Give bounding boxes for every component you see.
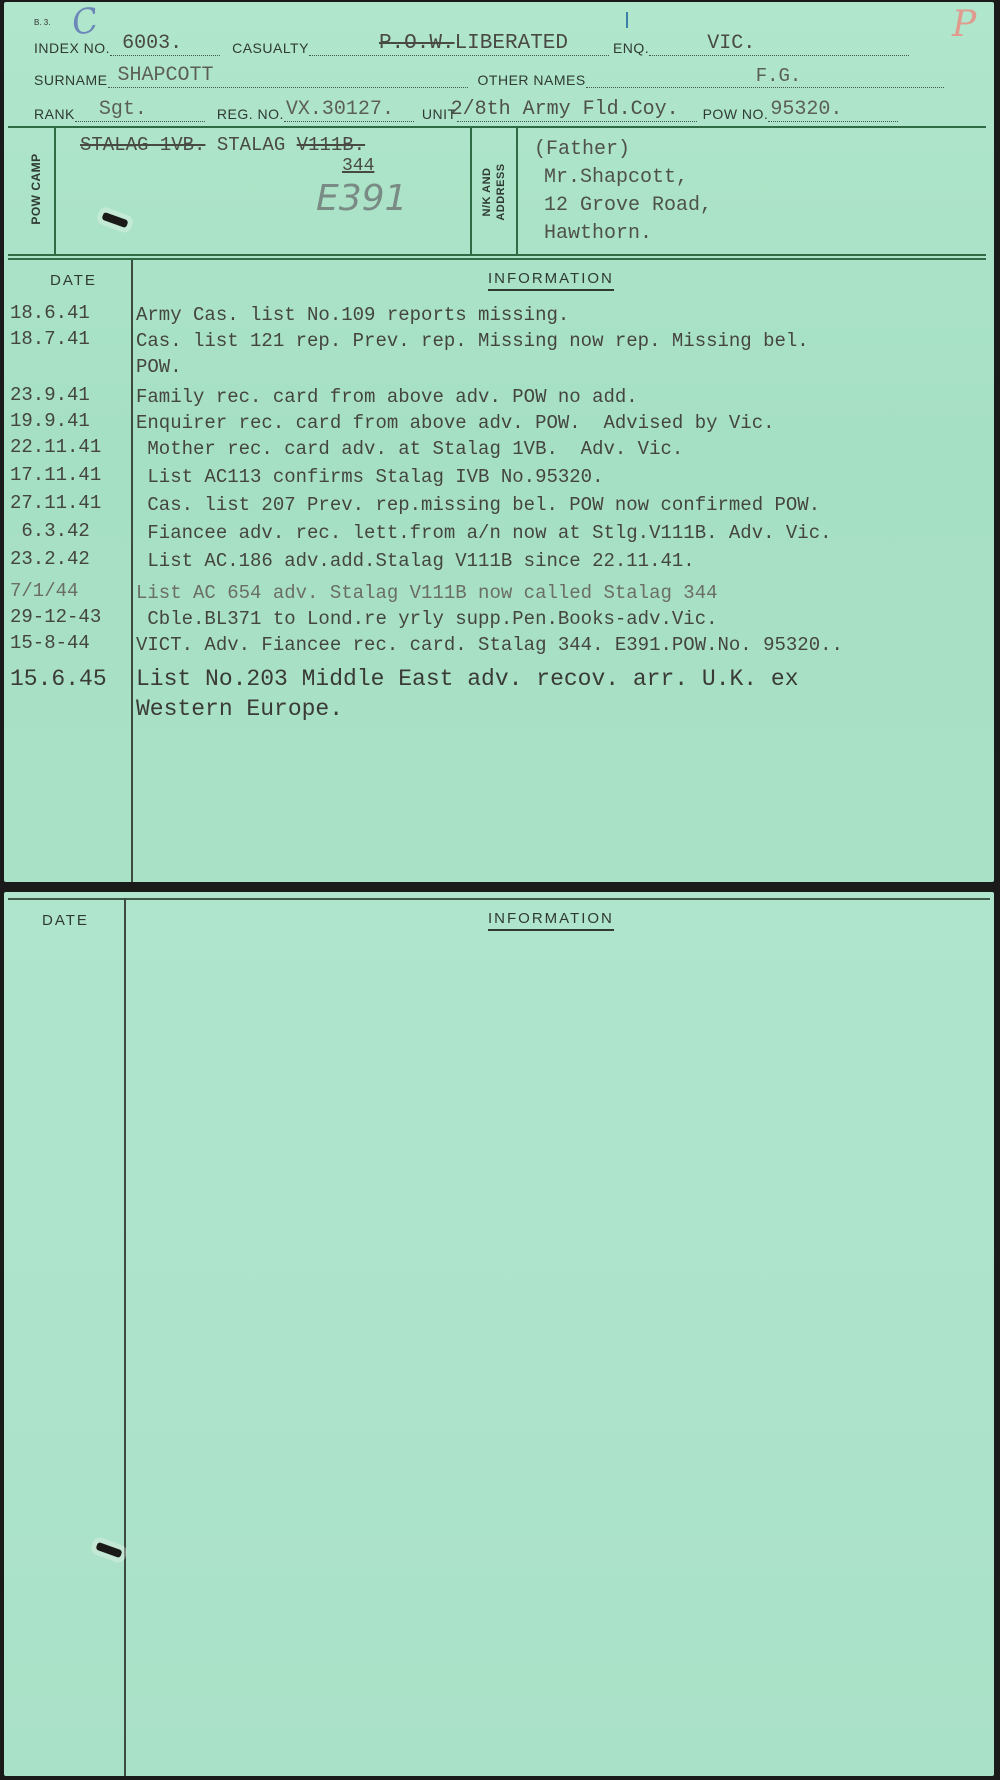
entry-info-line: List No.203 Middle East adv. recov. arr.… [136,664,984,694]
nk-address-label: N/K AND ADDRESS [480,152,508,232]
entry-date: 18.7.41 [10,328,128,350]
entry-info-line: Cble.BL371 to Lond.re yrly supp.Pen.Book… [136,606,984,632]
entry-date: 15-8-44 [10,632,128,654]
entry-date: 19.9.41 [10,410,128,432]
entry-date: 22.11.41 [10,436,128,458]
rule-address-label [516,128,518,254]
pow-camp-struck-2: V111B. [297,134,365,156]
entry-date: 7/1/44 [10,580,128,602]
entry-info: Cas. list 207 Prev. rep.missing bel. POW… [136,492,984,518]
casualty-current-value: LIBERATED [455,32,568,55]
rule-box-bottom-1 [8,254,986,256]
entry-info-line: POW. [136,354,984,380]
reg-no-label: REG. No. [217,106,284,122]
surname-label: SURNAME [34,72,108,88]
rule-box-bottom-2 [8,258,986,260]
header-row-surname: SURNAME SHAPCOTT OTHER NAMES F.G. [34,62,944,88]
entry-info: Army Cas. list No.109 reports missing. [136,302,984,328]
pow-camp-label: POW CAMP [29,149,43,229]
index-label: INDEX No. [34,40,110,56]
casualty-value: P.O.W.LIBERATED [379,32,568,55]
back-info-column-header-text: INFORMATION [488,910,614,931]
rule-camp-label [54,128,56,254]
entry-info-line: Cas. list 207 Prev. rep.missing bel. POW… [136,492,984,518]
entry-info: Mother rec. card adv. at Stalag 1VB. Adv… [136,436,984,462]
back-date-column-header: DATE [42,912,89,929]
handwritten-camp-number: E391 [316,178,407,219]
index-value: 6003. [118,32,186,55]
entry-info: Enquirer rec. card from above adv. POW. … [136,410,984,436]
entry-info-line: Family rec. card from above adv. POW no … [136,384,984,410]
record-card-back: DATE INFORMATION [4,892,994,1776]
nk-address-label-line1: N/K AND [481,168,493,217]
pow-camp-value: STALAG-1VB. STALAG V111B. [80,134,365,156]
entry-info-line: List AC113 confirms Stalag IVB No.95320. [136,464,984,490]
reg-no-field: VX.30127. [284,121,414,122]
entry-date: 18.6.41 [10,302,128,324]
entry-info-line: Fiancee adv. rec. lett.from a/n now at S… [136,520,984,546]
nk-address-label-line2: ADDRESS [495,163,507,220]
entry-info: List AC113 confirms Stalag IVB No.95320. [136,464,984,490]
enq-field: VIC. [649,55,909,56]
pow-camp-prefix: STALAG [217,134,285,156]
pow-no-label: POW No. [703,106,769,122]
header-row-rank: RANK Sgt. REG. No. VX.30127. UNIT 2/8th … [34,96,898,122]
casualty-label: CASUALTY [232,40,309,56]
entry-info-line: Army Cas. list No.109 reports missing. [136,302,984,328]
entry-date: 23.2.42 [10,548,128,570]
entry-date: 15.6.45 [10,664,128,694]
rule-header-bottom [8,126,986,128]
nk-address-line: (Father) [534,136,712,164]
surname-field: SHAPCOTT [108,87,468,88]
rank-label: RANK [34,106,75,122]
nk-address-line: 12 Grove Road, [534,192,712,220]
entry-date: 23.9.41 [10,384,128,406]
unit-value: 2/8th Army Fld.Coy. [451,98,679,121]
entry-info-line: List AC.186 adv.add.Stalag V111B since 2… [136,548,984,574]
pow-no-value: 95320. [770,98,842,121]
other-names-field: F.G. [586,87,944,88]
entry-info: Family rec. card from above adv. POW no … [136,384,984,410]
reg-no-value: VX.30127. [286,98,394,121]
info-column-header-text: INFORMATION [488,270,614,291]
entry-info: Cble.BL371 to Lond.re yrly supp.Pen.Book… [136,606,984,632]
unit-field: 2/8th Army Fld.Coy. [457,121,697,122]
casualty-struck-value: P.O.W. [379,32,455,55]
record-card-front: B. 3. C P INDEX No. 6003. CASUALTY P.O.W… [4,2,994,882]
other-names-label: OTHER NAMES [478,72,586,88]
nk-address-line: Hawthorn. [534,220,712,248]
rank-value: Sgt. [99,98,147,121]
pow-camp-struck-1: STALAG-1VB. [80,134,205,156]
staple-mark [101,212,128,228]
entry-info-line: Mother rec. card adv. at Stalag 1VB. Adv… [136,436,984,462]
entry-info: List AC.186 adv.add.Stalag V111B since 2… [136,548,984,574]
entry-info: VICT. Adv. Fiancee rec. card. Stalag 344… [136,632,984,658]
entry-info: Cas. list 121 rep. Prev. rep. Missing no… [136,328,984,380]
form-code: B. 3. [34,18,50,27]
rule-camp-right [470,128,472,254]
entry-info-line: VICT. Adv. Fiancee rec. card. Stalag 344… [136,632,984,658]
nk-address-line: Mr.Shapcott, [534,164,712,192]
entry-info: List AC 654 adv. Stalag V111B now called… [136,580,984,606]
index-field: 6003. [110,55,220,56]
entry-date: 27.11.41 [10,492,128,514]
enq-value: VIC. [707,32,755,55]
surname-value: SHAPCOTT [118,64,214,87]
entry-info-line: List AC 654 adv. Stalag V111B now called… [136,580,984,606]
pow-camp-replacement: 344 [342,156,374,176]
other-names-value: F.G. [756,65,802,87]
casualty-field: P.O.W.LIBERATED [309,55,609,56]
staple-mark [95,1542,122,1558]
header-row-index: INDEX No. 6003. CASUALTY P.O.W.LIBERATED… [34,28,909,56]
info-column-header: INFORMATION [488,270,614,287]
entry-info-line: Western Europe. [136,694,984,724]
entry-info: List No.203 Middle East adv. recov. arr.… [136,664,984,724]
pencil-annotation-p: P [952,4,976,45]
rank-field: Sgt. [75,121,205,122]
enq-label: ENQ. [613,40,649,56]
entry-info-line: Enquirer rec. card from above adv. POW. … [136,410,984,436]
date-column-header: DATE [50,272,97,289]
entry-info: Fiancee adv. rec. lett.from a/n now at S… [136,520,984,546]
entry-date: 6.3.42 [10,520,128,542]
entry-date: 29-12-43 [10,606,128,628]
pow-no-field: 95320. [768,121,898,122]
nk-address-block: (Father) Mr.Shapcott, 12 Grove Road, Haw… [534,136,712,248]
back-info-column-header: INFORMATION [488,910,614,927]
rule-back-top [8,898,990,900]
rule-date-column [131,260,133,882]
entry-info-line: Cas. list 121 rep. Prev. rep. Missing no… [136,328,984,354]
rule-back-date-column [124,898,126,1776]
pencil-tick-mark [626,12,628,28]
entry-date: 17.11.41 [10,464,128,486]
